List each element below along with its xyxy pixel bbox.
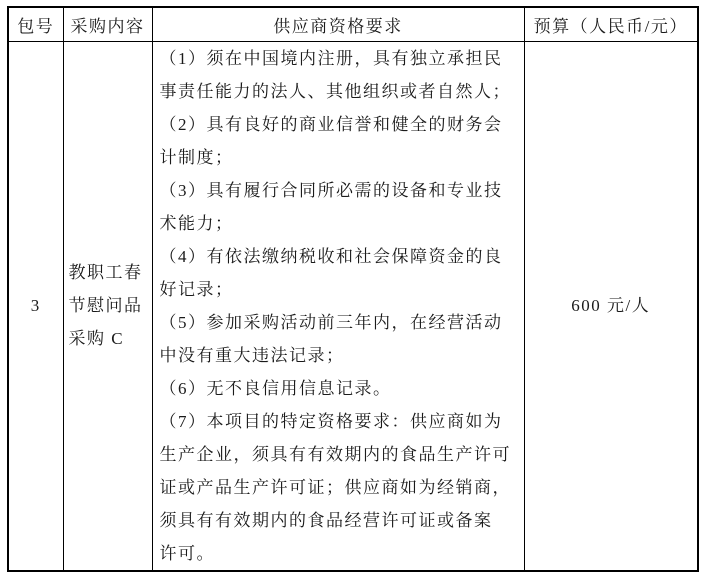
- requirement-item-4: （4）有依法缴纳税收和社会保障资金的良 好记录；: [160, 240, 517, 306]
- requirement-item-7: （7）本项目的特定资格要求：供应商如为 生产企业，须具有有效期内的食品生产许可 …: [160, 405, 517, 570]
- cell-budget: 600 元/人: [524, 41, 698, 571]
- cell-supplier-qualifications: （1）须在中国境内注册，具有独立承担民 事责任能力的法人、其他组织或者自然人； …: [152, 41, 524, 571]
- table-row: 3 教职工春 节慰问品 采购 C （1）须在中国境内注册，具有独立承担民 事责任…: [8, 41, 698, 571]
- cell-procurement-content: 教职工春 节慰问品 采购 C: [63, 41, 152, 571]
- requirement-item-5: （5）参加采购活动前三年内，在经营活动 中没有重大违法记录；: [160, 306, 517, 372]
- requirement-item-2: （2）具有良好的商业信誉和健全的财务会 计制度；: [160, 108, 517, 174]
- procurement-table: 包号 采购内容 供应商资格要求 预算（人民币/元） 3 教职工春 节慰问品 采购…: [7, 6, 699, 572]
- col-header-supplier-qualifications: 供应商资格要求: [152, 7, 524, 41]
- col-header-budget: 预算（人民币/元）: [524, 7, 698, 41]
- col-header-package-no: 包号: [8, 7, 63, 41]
- requirement-item-3: （3）具有履行合同所必需的设备和专业技 术能力；: [160, 174, 517, 240]
- requirement-item-6: （6）无不良信用信息记录。: [160, 372, 517, 405]
- requirement-item-1: （1）须在中国境内注册，具有独立承担民 事责任能力的法人、其他组织或者自然人；: [160, 42, 517, 108]
- col-header-procurement-content: 采购内容: [63, 7, 152, 41]
- cell-package-no: 3: [8, 41, 63, 571]
- header-row: 包号 采购内容 供应商资格要求 预算（人民币/元）: [8, 7, 698, 41]
